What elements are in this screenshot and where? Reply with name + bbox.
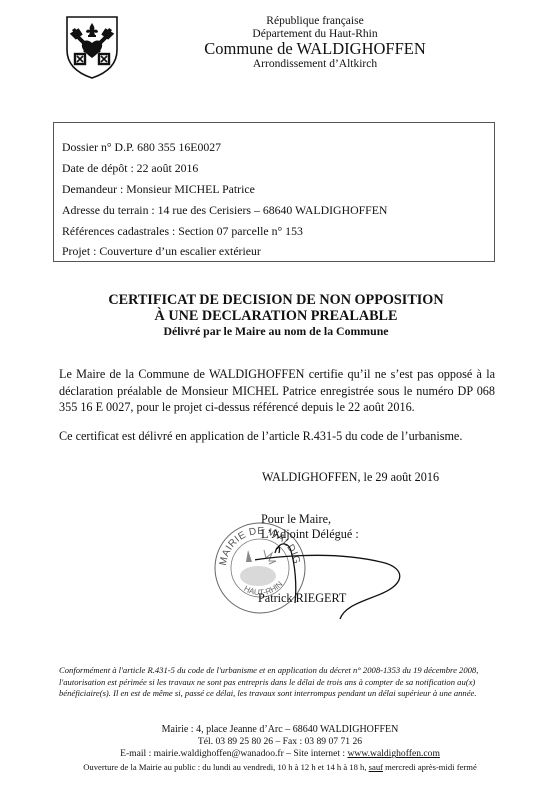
applicant: Demandeur : Monsieur MICHEL Patrice: [62, 182, 255, 197]
certificate-body: Le Maire de la Commune de WALDIGHOFFEN c…: [59, 366, 495, 444]
land-address: Adresse du terrain : 14 rue des Cerisier…: [62, 203, 387, 218]
title-line-2: À UNE DECLARATION PREALABLE: [60, 308, 492, 324]
dossier-number: Dossier n° D.P. 680 355 16E0027: [62, 140, 221, 155]
signer-name: Patrick RIEGERT: [258, 591, 346, 606]
letterhead: République française Département du Haut…: [150, 16, 480, 70]
email-label: E-mail : mairie.waldighoffen@wanadoo.fr …: [120, 748, 347, 759]
opening-hours-except: sauf: [369, 762, 383, 772]
coat-of-arms-icon: [64, 14, 120, 80]
for-mayor-label: Pour le Maire,: [261, 512, 359, 527]
body-paragraph-2: Ce certificat est délivré en application…: [59, 428, 495, 445]
legal-notice: Conformément à l'article R.431-5 du code…: [59, 665, 499, 700]
footer-contact: Mairie : 4, place Jeanne d’Arc – 68640 W…: [40, 724, 520, 773]
body-paragraph-1: Le Maire de la Commune de WALDIGHOFFEN c…: [59, 366, 495, 416]
filing-date: Date de dépôt : 22 août 2016: [62, 161, 198, 176]
phone-fax: Tél. 03 89 25 80 26 – Fax : 03 89 07 71 …: [40, 736, 520, 748]
dossier-info-box: Dossier n° D.P. 680 355 16E0027 Date de …: [53, 122, 495, 262]
website-link[interactable]: www.waldighoffen.com: [347, 748, 439, 759]
arrondissement-label: Arrondissement d’Altkirch: [150, 59, 480, 71]
title-line-1: CERTIFICAT DE DECISION DE NON OPPOSITION: [60, 292, 492, 308]
cadastral-references: Références cadastrales : Section 07 parc…: [62, 224, 303, 239]
commune-name: Commune de WALDIGHOFFEN: [150, 41, 480, 58]
town-hall-address: Mairie : 4, place Jeanne d’Arc – 68640 W…: [40, 724, 520, 736]
handwritten-signature-icon: [255, 535, 415, 620]
opening-hours-prefix: Ouverture de la Mairie au public : du lu…: [83, 762, 368, 772]
place-and-date: WALDIGHOFFEN, le 29 août 2016: [262, 470, 439, 485]
opening-hours-suffix: mercredi après-midi fermé: [383, 762, 477, 772]
certificate-title: CERTIFICAT DE DECISION DE NON OPPOSITION…: [60, 292, 492, 338]
title-subtitle: Délivré par le Maire au nom de la Commun…: [60, 324, 492, 338]
project-description: Projet : Couverture d’un escalier extéri…: [62, 244, 261, 259]
email-website-line: E-mail : mairie.waldighoffen@wanadoo.fr …: [40, 748, 520, 760]
republic-label: République française: [150, 16, 480, 28]
opening-hours: Ouverture de la Mairie au public : du lu…: [40, 761, 520, 773]
